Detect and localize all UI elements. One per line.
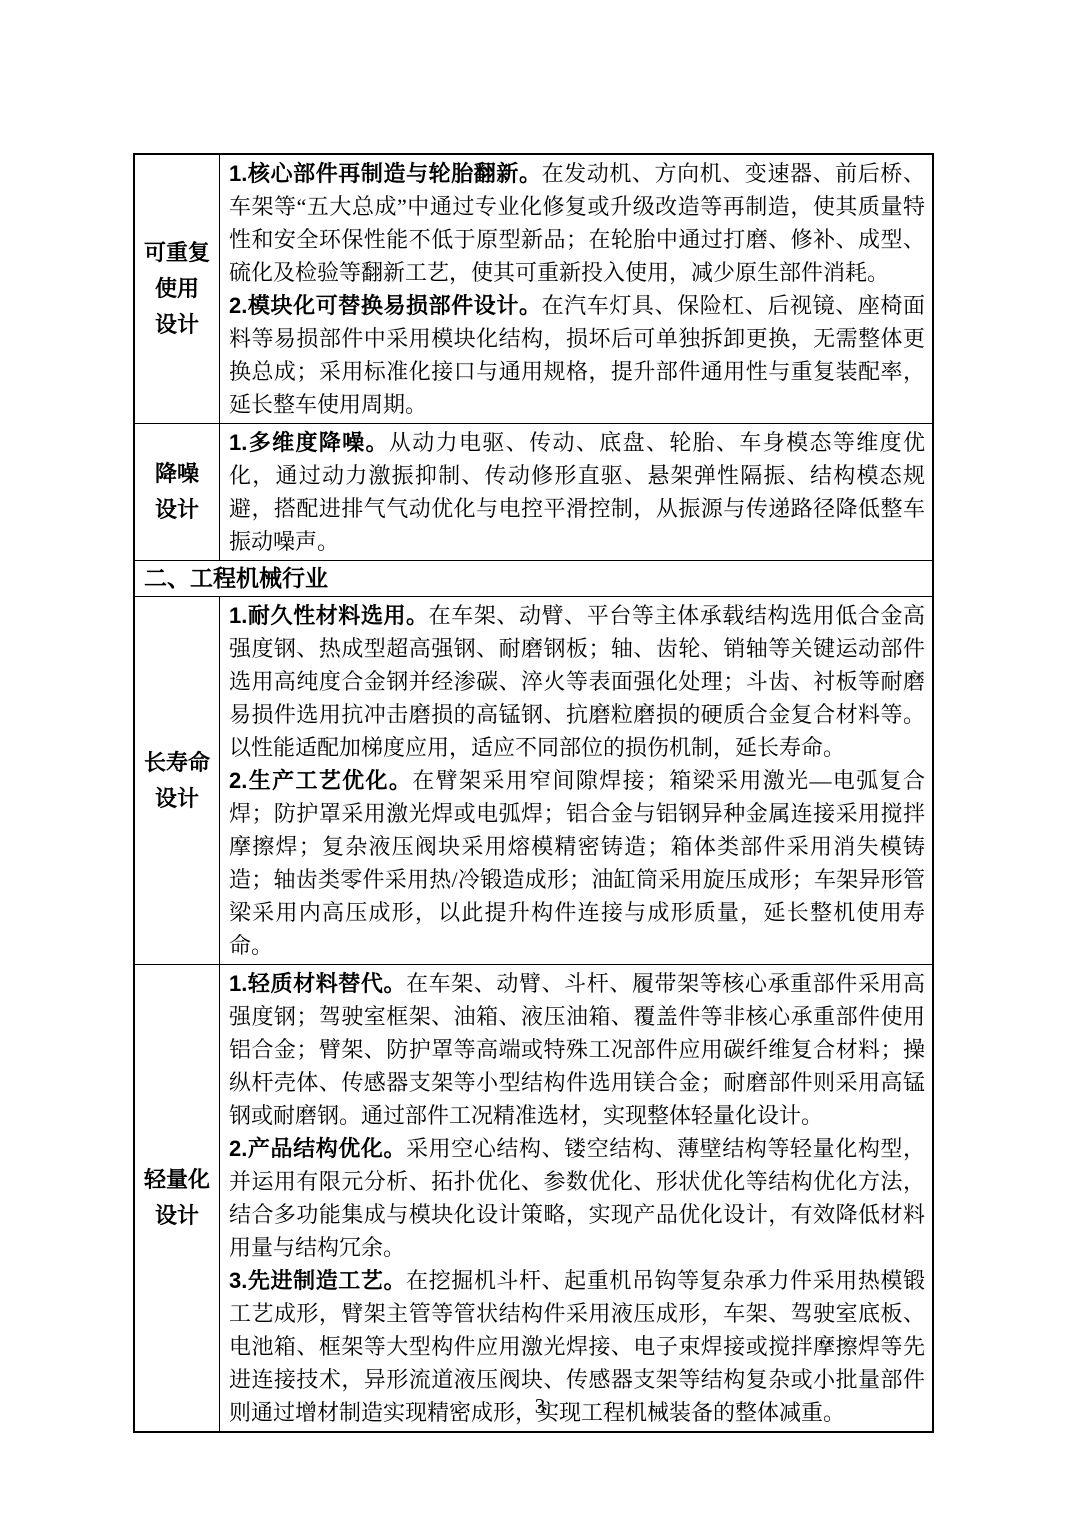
row-label-line: 设计	[155, 1198, 199, 1234]
document-page: 可重复 使用 设计 1.核心部件再制造与轮胎翻新。在发动机、方向机、变速器、前后…	[0, 0, 1080, 1527]
row-label-line: 轻量化	[144, 1162, 210, 1198]
table-row-lightweight-design: 轻量化 设计 1.轻质材料替代。在车架、动臂、斗杆、履带架等核心承重部件采用高强…	[135, 964, 932, 1431]
item-lead: 2.产品结构优化。	[229, 1136, 406, 1161]
row-content-reusable-design: 1.核心部件再制造与轮胎翻新。在发动机、方向机、变速器、前后桥、车架等“五大总成…	[220, 155, 932, 423]
row-label-line: 可重复	[144, 235, 210, 271]
row-label-line: 长寿命	[144, 745, 210, 781]
item-lead: 3.先进制造工艺。	[229, 1268, 406, 1293]
row-content-noise-reduction-design: 1.多维度降噪。从动力电驱、传动、底盘、轮胎、车身模态等维度优化，通过动力激振抑…	[220, 424, 932, 560]
table-row-reusable-design: 可重复 使用 设计 1.核心部件再制造与轮胎翻新。在发动机、方向机、变速器、前后…	[135, 155, 932, 423]
table-row-noise-reduction-design: 降噪 设计 1.多维度降噪。从动力电驱、传动、底盘、轮胎、车身模态等维度优化，通…	[135, 423, 932, 560]
section-header-engineering-machinery: 二、工程机械行业	[135, 560, 932, 596]
row-label-noise-reduction-design: 降噪 设计	[135, 424, 220, 560]
row-label-long-life-design: 长寿命 设计	[135, 597, 220, 964]
row-label-line: 设计	[155, 492, 199, 528]
row-label-line: 设计	[155, 307, 199, 343]
row-label-line: 设计	[155, 781, 199, 817]
item-body: 在臂架采用窄间隙焊接；箱梁采用激光—电弧复合焊；防护罩采用激光焊或电弧焊；铝合金…	[229, 768, 925, 958]
content-item: 2.生产工艺优化。在臂架采用窄间隙焊接；箱梁采用激光—电弧复合焊；防护罩采用激光…	[229, 764, 925, 962]
row-label-line: 使用	[155, 271, 199, 307]
content-item: 2.模块化可替换易损部件设计。在汽车灯具、保险杠、后视镜、座椅面料等易损部件中采…	[229, 289, 925, 421]
content-item: 1.多维度降噪。从动力电驱、传动、底盘、轮胎、车身模态等维度优化，通过动力激振抑…	[229, 426, 925, 558]
row-label-reusable-design: 可重复 使用 设计	[135, 155, 220, 423]
row-content-lightweight-design: 1.轻质材料替代。在车架、动臂、斗杆、履带架等核心承重部件采用高强度钢；驾驶室框…	[220, 965, 932, 1431]
item-lead: 2.生产工艺优化。	[229, 768, 412, 793]
page-number: 3	[0, 1394, 1080, 1419]
content-item: 1.轻质材料替代。在车架、动臂、斗杆、履带架等核心承重部件采用高强度钢；驾驶室框…	[229, 967, 925, 1132]
table-row-long-life-design: 长寿命 设计 1.耐久性材料选用。在车架、动臂、平台等主体承载结构选用低合金高强…	[135, 596, 932, 964]
item-lead: 1.多维度降噪。	[229, 430, 389, 455]
content-item: 1.核心部件再制造与轮胎翻新。在发动机、方向机、变速器、前后桥、车架等“五大总成…	[229, 157, 925, 289]
item-lead: 1.轻质材料替代。	[229, 971, 406, 996]
row-label-lightweight-design: 轻量化 设计	[135, 965, 220, 1431]
row-content-long-life-design: 1.耐久性材料选用。在车架、动臂、平台等主体承载结构选用低合金高强度钢、热成型超…	[220, 597, 932, 964]
item-lead: 1.核心部件再制造与轮胎翻新。	[229, 161, 542, 186]
row-label-line: 降噪	[155, 456, 199, 492]
item-lead: 1.耐久性材料选用。	[229, 603, 429, 628]
item-lead: 2.模块化可替换易损部件设计。	[229, 293, 542, 318]
content-item: 2.产品结构优化。采用空心结构、镂空结构、薄壁结构等轻量化构型，并运用有限元分析…	[229, 1132, 925, 1264]
design-strategy-table: 可重复 使用 设计 1.核心部件再制造与轮胎翻新。在发动机、方向机、变速器、前后…	[133, 153, 934, 1433]
content-item: 1.耐久性材料选用。在车架、动臂、平台等主体承载结构选用低合金高强度钢、热成型超…	[229, 599, 925, 764]
